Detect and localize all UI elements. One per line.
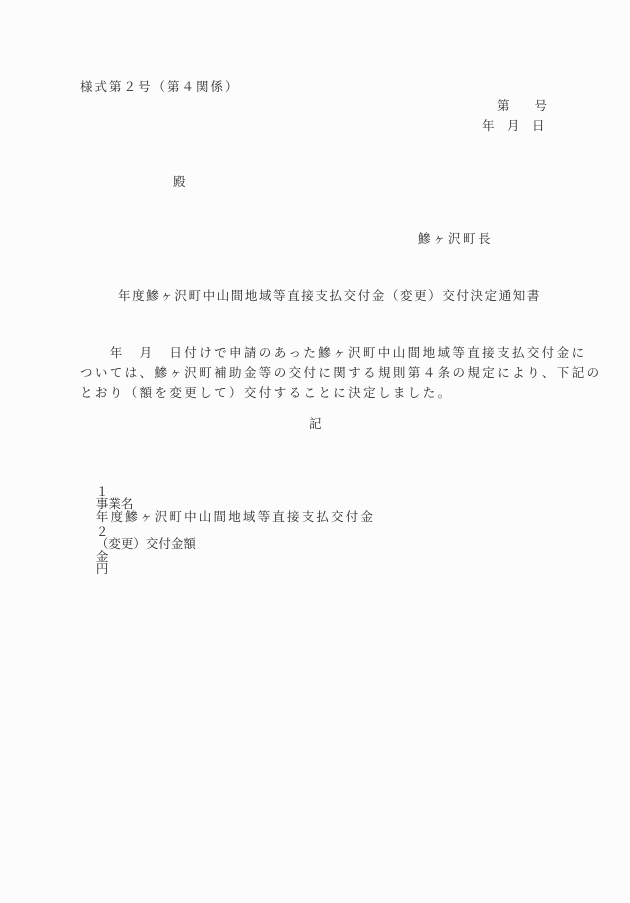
addressee-honorific: 殿 [173, 176, 186, 189]
amount-kin: 金 [96, 551, 208, 564]
body-line: 年 月 日付けで申請のあった鰺ヶ沢町中山間地域等直接支払交付金に [80, 343, 552, 363]
item-grant-amount: ２ （変更）交付金額 金 円 [80, 513, 222, 588]
body-line: とおり（額を変更して）交付することに決定しました。 [80, 383, 552, 403]
amount-yen: 円 [96, 561, 109, 576]
document-title: 年度鰺ヶ沢町中山間地域等直接支払交付金（変更）交付決定通知書 [118, 290, 541, 303]
body-paragraph: 年 月 日付けで申請のあった鰺ヶ沢町中山間地域等直接支払交付金に ついては、鰺ヶ… [80, 343, 552, 403]
form-number: 様式第２号（第４関係） [80, 81, 240, 94]
ki-heading: 記 [309, 418, 322, 431]
document-number: 第 号 [497, 100, 547, 113]
sender-name: 鰺ヶ沢町長 [418, 233, 493, 246]
document-date: 年 月 日 [482, 120, 545, 133]
item-label: （変更）交付金額 [96, 538, 222, 551]
body-line: ついては、鰺ヶ沢町補助金等の交付に関する規則第４条の規定により、下記の [80, 363, 552, 383]
